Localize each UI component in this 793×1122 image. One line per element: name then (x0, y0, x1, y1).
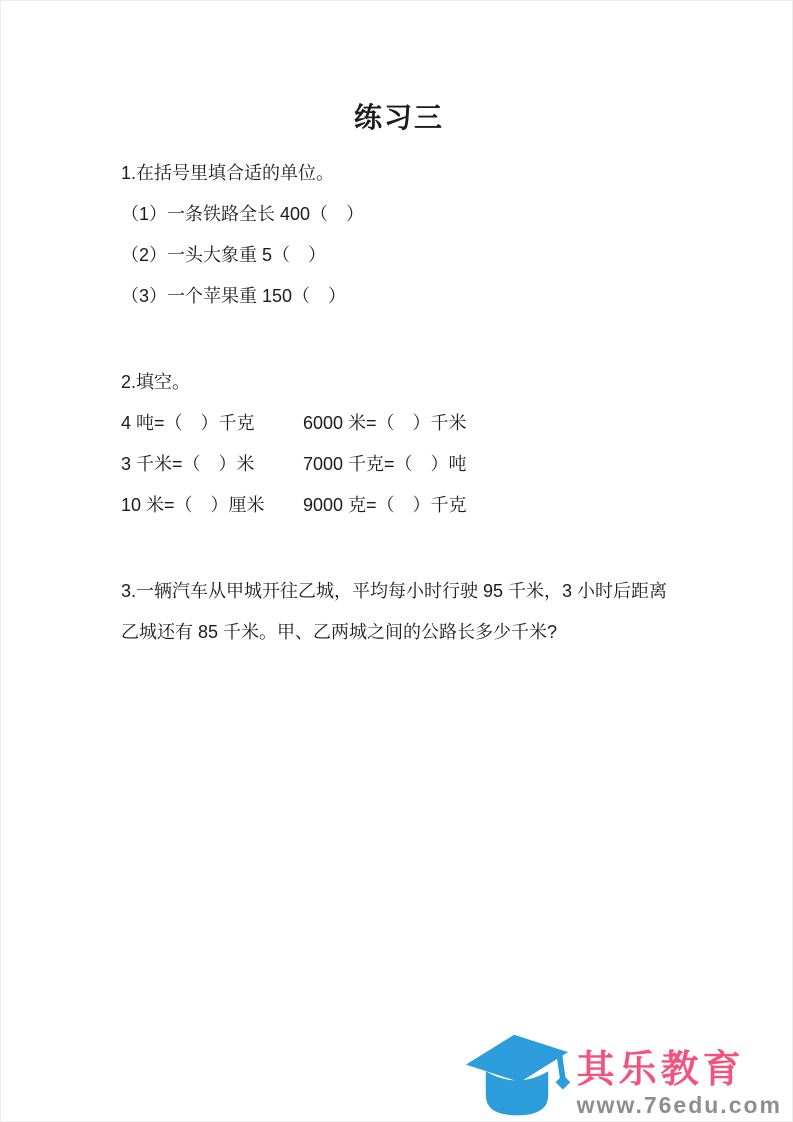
q2-heading: 2.填空。 (121, 362, 677, 403)
q2-row-2: 3 千米=（ ）米 7000 千克=（ ）吨 (121, 444, 677, 485)
question-3: 3.一辆汽车从甲城开往乙城，平均每小时行驶 95 千米，3 小时后距离 乙城还有… (121, 571, 677, 653)
q1-item-3: （3）一个苹果重 150（ ） (121, 276, 677, 317)
question-2: 2.填空。 4 吨=（ ）千克 6000 米=（ ）千米 3 千米=（ ）米 7… (121, 362, 677, 526)
brand-text-block: 其乐教育 www.76edu.com (577, 1049, 782, 1119)
brand-logo: 其乐教育 www.76edu.com (461, 1029, 782, 1119)
q2-row-2-left: 3 千米=（ ）米 (121, 444, 303, 485)
q2-row-1: 4 吨=（ ）千克 6000 米=（ ）千米 (121, 403, 677, 444)
q3-line-2: 乙城还有 85 千米。甲、乙两城之间的公路长多少千米? (121, 612, 677, 653)
brand-website: www.76edu.com (577, 1091, 782, 1119)
question-1: 1.在括号里填合适的单位。 （1）一条铁路全长 400（ ） （2）一头大象重 … (121, 153, 677, 317)
q2-row-3-right: 9000 克=（ ）千克 (303, 485, 467, 526)
q2-row-3: 10 米=（ ）厘米 9000 克=（ ）千克 (121, 485, 677, 526)
brand-name: 其乐教育 (577, 1049, 745, 1091)
q2-row-1-right: 6000 米=（ ）千米 (303, 403, 467, 444)
q1-item-1: （1）一条铁路全长 400（ ） (121, 194, 677, 235)
q1-item-2: （2）一头大象重 5（ ） (121, 235, 677, 276)
q2-row-1-left: 4 吨=（ ）千克 (121, 403, 303, 444)
graduation-cap-icon (461, 1029, 573, 1119)
q2-row-3-left: 10 米=（ ）厘米 (121, 485, 303, 526)
q1-heading: 1.在括号里填合适的单位。 (121, 153, 677, 194)
worksheet-page: 练习三 1.在括号里填合适的单位。 （1）一条铁路全长 400（ ） （2）一头… (1, 101, 792, 653)
q2-row-2-right: 7000 千克=（ ）吨 (303, 444, 467, 485)
q3-line-1: 3.一辆汽车从甲城开往乙城，平均每小时行驶 95 千米，3 小时后距离 (121, 571, 677, 612)
page-title: 练习三 (121, 101, 677, 135)
